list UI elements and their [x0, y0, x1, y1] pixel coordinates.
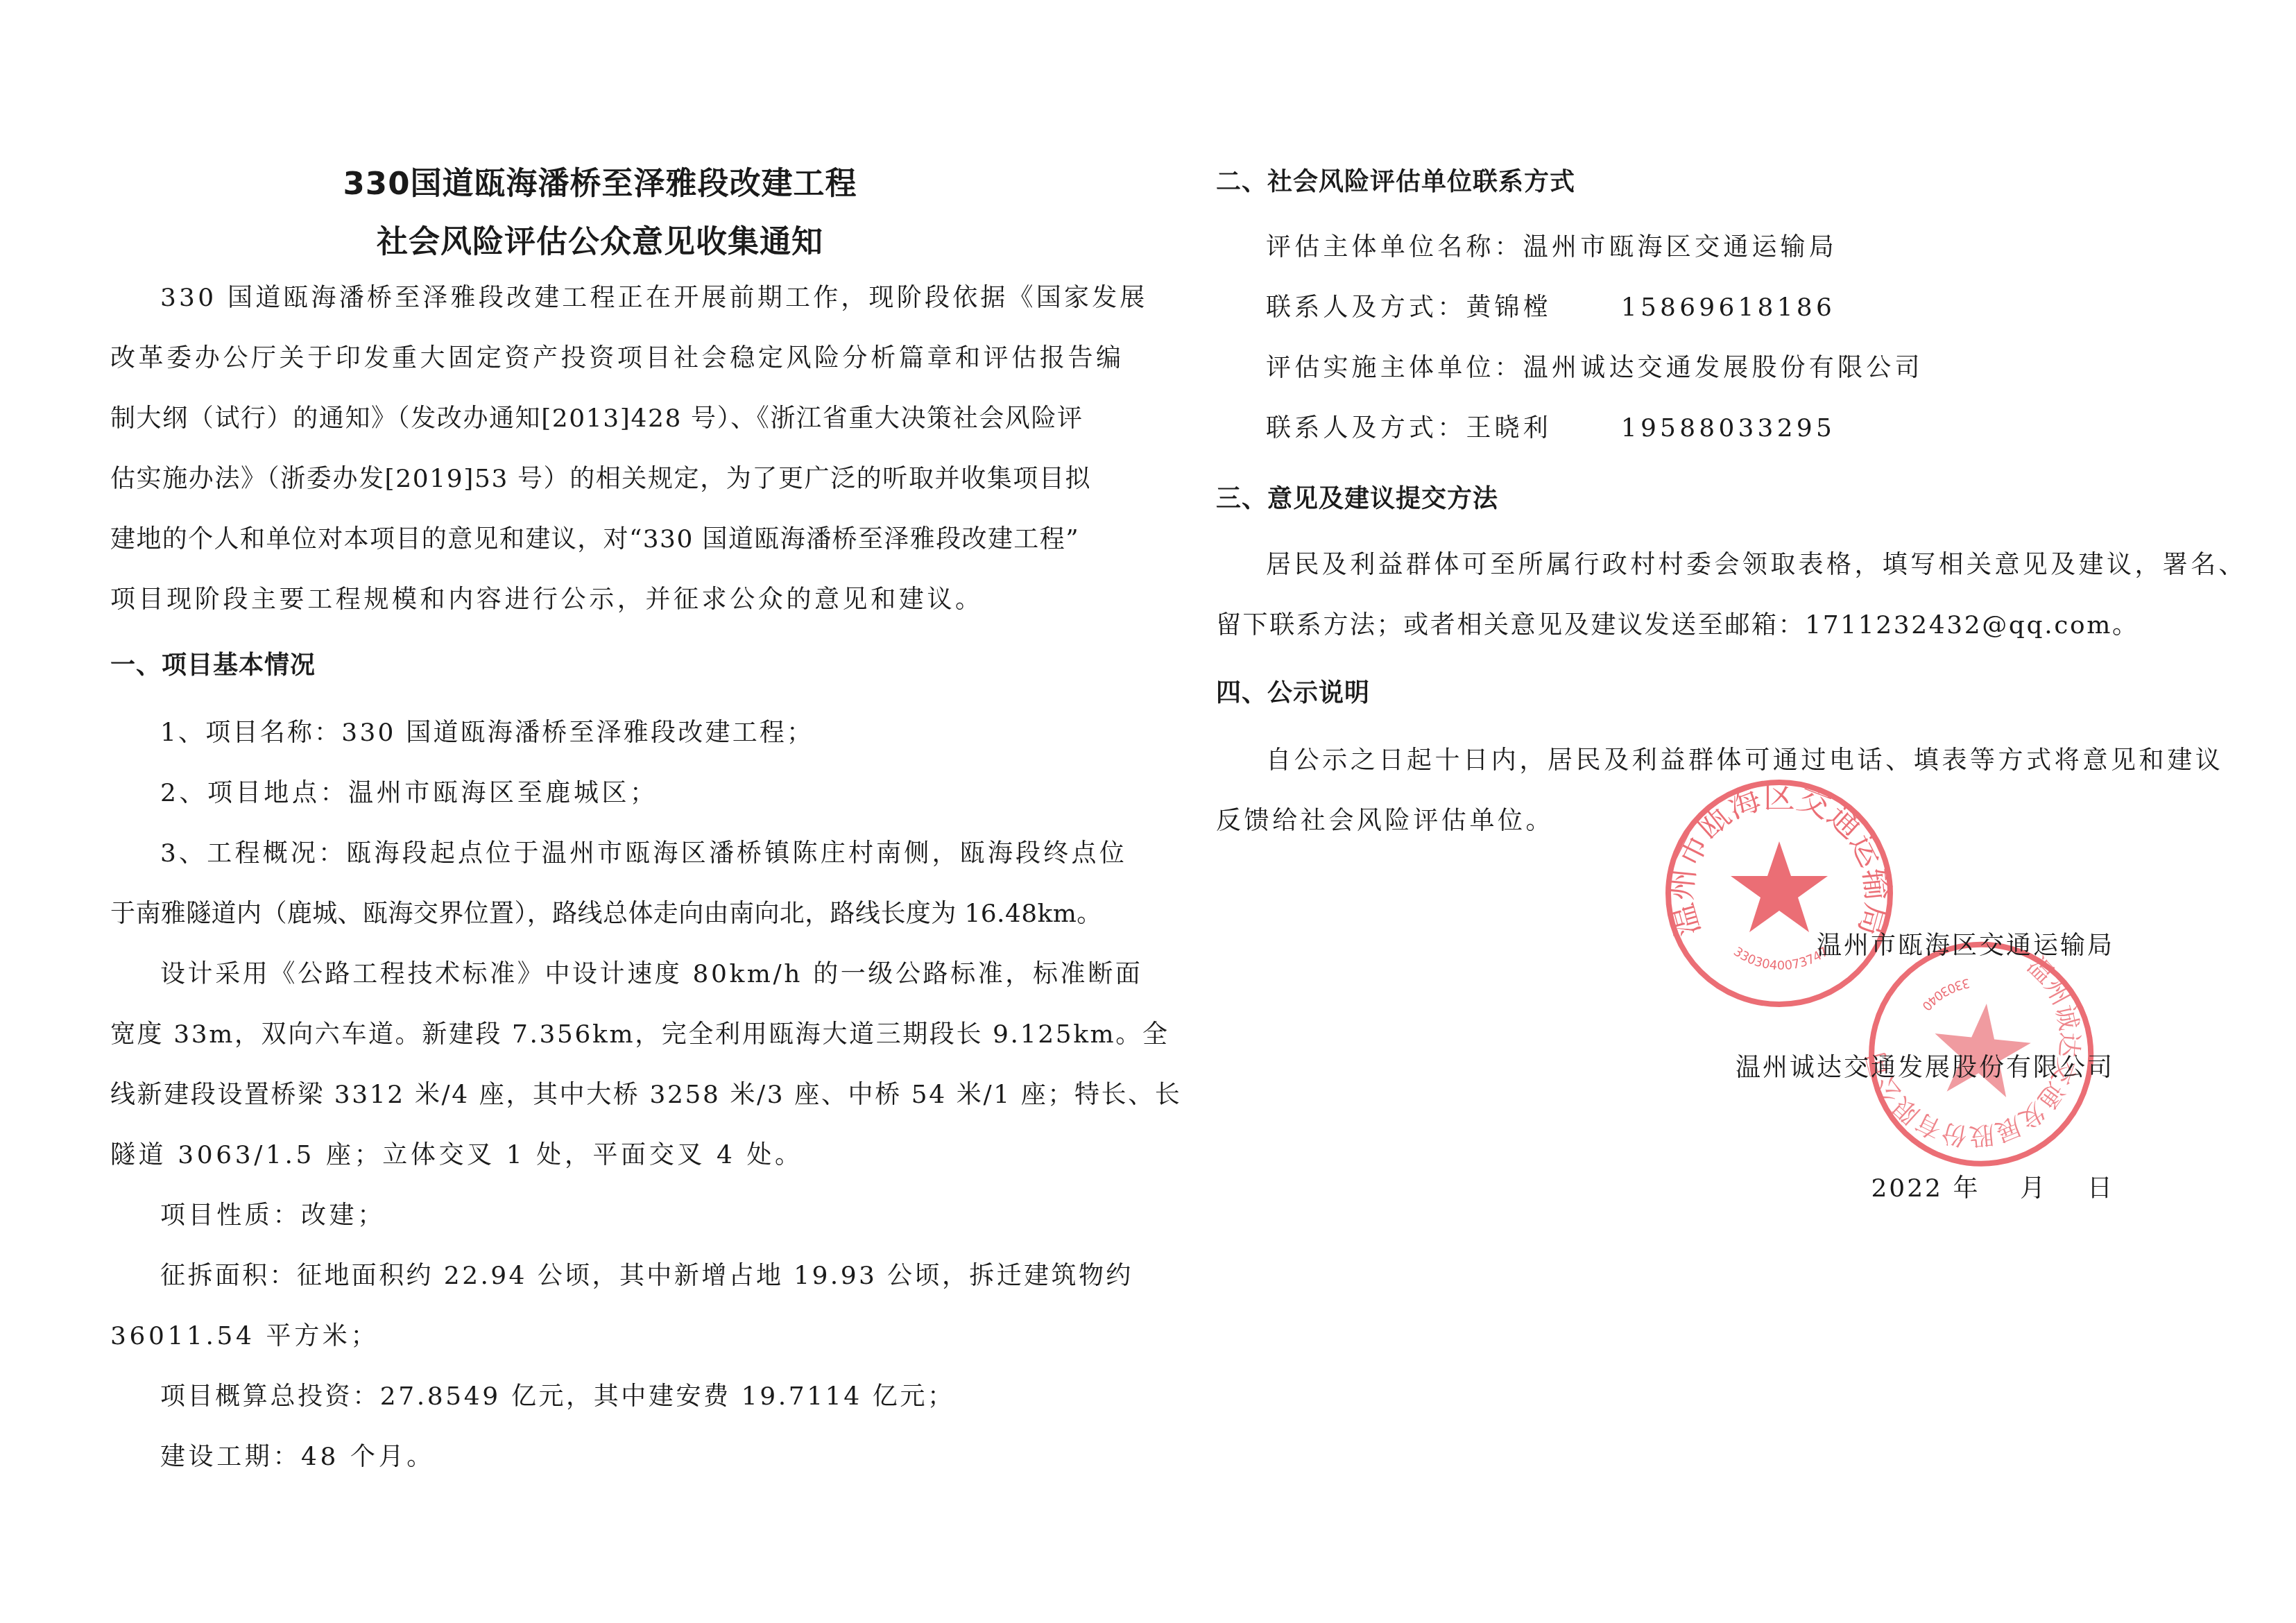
section-heading-3: 三、意见及建议提交方法 [1216, 484, 1498, 515]
intro-line: 估实施办法》（浙委办发[2019]53 号）的相关规定，为了更广泛的听取并收集项… [110, 464, 1091, 495]
contact-line: 评估实施主体单位：温州诚达交通发展股份有限公司 [1266, 353, 1924, 384]
intro-line: 330 国道瓯海潘桥至泽雅段改建工程正在开展前期工作，现阶段依据《国家发展 [160, 283, 1148, 314]
seal2-number: 3303040 [1917, 971, 1976, 1016]
project-nature: 项目性质：改建； [160, 1201, 386, 1231]
intro-line: 制大纲（试行）的通知》（发改办通知[2013]428 号）、《浙江省重大决策社会… [110, 404, 1083, 434]
contact-line: 联系人及方式：黄锦樘 15869618186 [1266, 293, 1835, 323]
section-heading-2: 二、社会风险评估单位联系方式 [1216, 167, 1575, 198]
project-name: 1、项目名称：330 国道瓯海潘桥至泽雅段改建工程； [160, 718, 814, 748]
land-acquisition: 征拆面积：征地面积约 22.94 公顷，其中新增占地 19.93 公顷，拆迁建筑… [160, 1261, 1133, 1291]
section-heading-1: 一、项目基本情况 [110, 651, 316, 681]
design-standard: 设计采用《公路工程技术标准》中设计速度 80km/h 的一级公路标准，标准断面 [160, 959, 1142, 990]
notice-line: 自公示之日起十日内，居民及利益群体可通过电话、填表等方式将意见和建议 [1266, 746, 2223, 776]
project-location: 2、项目地点：温州市瓯海区至鹿城区； [160, 778, 658, 809]
project-overview: 3、工程概况：瓯海段起点位于温州市瓯海区潘桥镇陈庄村南侧，瓯海段终点位 [160, 839, 1127, 869]
title-line-2: 社会风险评估公众意见收集通知 [110, 216, 1090, 261]
submission-line: 居民及利益群体可至所属行政村村委会领取表格，填写相关意见及建议，署名、 [1266, 550, 2247, 581]
intro-line: 改革委办公厅关于印发重大固定资产投资项目社会稳定风险分析篇章和评估报告编 [110, 343, 1124, 374]
title-line-1: 330国道瓯海潘桥至泽雅段改建工程 [110, 158, 1090, 203]
signature-date: 2022 年 月 日 [1871, 1169, 2114, 1204]
notice-line: 反馈给社会风险评估单位。 [1216, 806, 1554, 836]
document-page: 330国道瓯海潘桥至泽雅段改建工程 社会风险评估公众意见收集通知 330 国道瓯… [0, 0, 2296, 1623]
section-heading-4: 四、公示说明 [1216, 678, 1370, 709]
total-investment: 项目概算总投资：27.8549 亿元，其中建安费 19.7114 亿元； [160, 1382, 955, 1412]
signature-org-1: 温州市瓯海区交通运输局 [1817, 926, 2114, 961]
seal-ouhai-transport-bureau: 温州市瓯海区交通运输局 3303040073747 [1661, 775, 1897, 1011]
construction-period: 建设工期：48 个月。 [160, 1442, 435, 1472]
intro-line: 建地的个人和单位对本项目的意见和建议，对“330 国道瓯海潘桥至泽雅段改建工程” [110, 524, 1079, 555]
intro-line: 项目现阶段主要工程规模和内容进行公示，并征求公众的意见和建议。 [110, 585, 984, 615]
land-acquisition: 36011.54 平方米； [110, 1321, 379, 1352]
design-standard: 宽度 33m，双向六车道。新建段 7.356km，完全利用瓯海大道三期段长 9.… [110, 1020, 1170, 1050]
project-overview: 于南雅隧道内（鹿城、瓯海交界位置），路线总体走向由南向北，路线长度为 16.48… [110, 899, 1102, 929]
design-standard: 隧道 3063/1.5 座；立体交叉 1 处，平面交叉 4 处。 [110, 1140, 803, 1171]
signature-org-2: 温州诚达交通发展股份有限公司 [1736, 1048, 2114, 1083]
submission-email-line: 留下联系方法；或者相关意见及建议发送至邮箱：1711232432@qq.com。 [1216, 610, 2139, 641]
contact-line: 联系人及方式：王晓利 19588033295 [1266, 413, 1835, 444]
design-standard: 线新建段设置桥梁 3312 米/4 座，其中大桥 3258 米/3 座、中桥 5… [110, 1080, 1181, 1110]
contact-line: 评估主体单位名称：温州市瓯海区交通运输局 [1266, 232, 1837, 263]
